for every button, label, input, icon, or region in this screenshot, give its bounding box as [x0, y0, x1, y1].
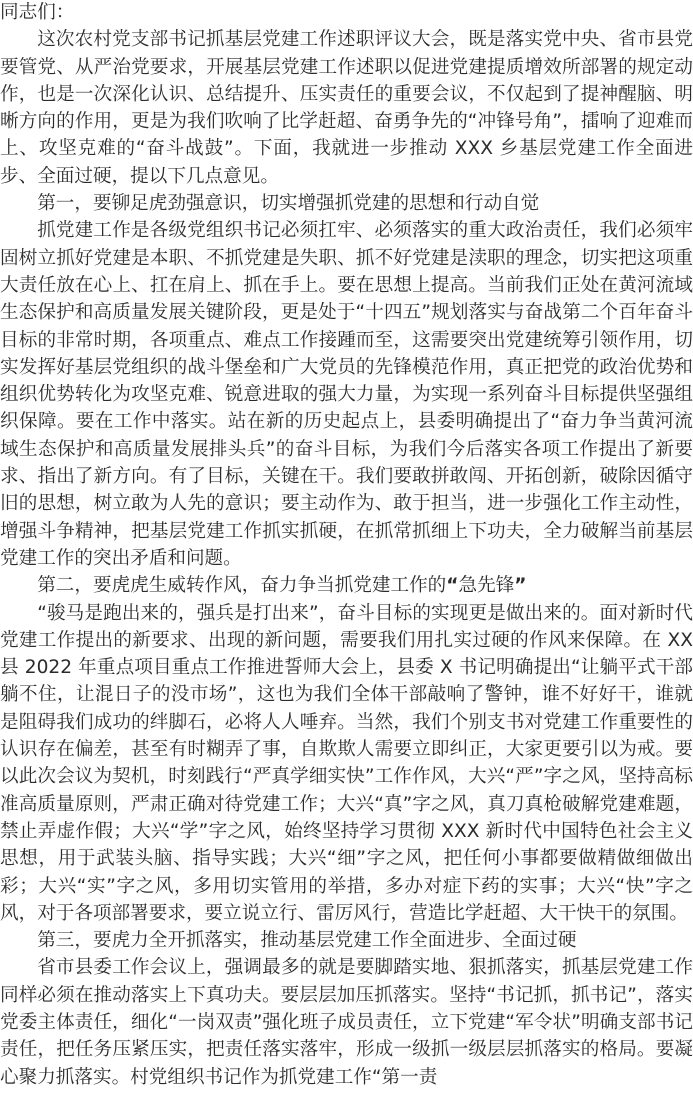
section-1-paragraph: 抓党建工作是各级党组织书记必须扛牢、必须落实的重大政治责任，我们必须牢固树立抓好…: [0, 217, 693, 572]
open-quote-mark: “: [446, 575, 458, 596]
section-heading-3: 第三，要虎力全开抓落实，推动基层党建工作全面进步、全面过硬: [0, 927, 693, 954]
section-3-paragraph: 省市县委工作会议上，强调最多的就是要脚踏实地、狠抓落实，抓基层党建工作同样必须在…: [0, 954, 693, 1090]
section-heading-1: 第一，要铆足虎劲强意识，切实增强抓党建的思想和行动自觉: [0, 190, 693, 217]
close-quote-mark: ”: [514, 575, 526, 596]
salutation: 同志们：: [0, 0, 693, 26]
section-2-paragraph: “骏马是跑出来的，强兵是打出来”，奋斗目标的实现更是做出来的。面对新时代党建工作…: [0, 600, 693, 928]
quoted-term: 急先锋: [459, 575, 515, 596]
intro-paragraph: 这次农村党支部书记抓基层党建工作述职评议大会，既是落实党中央、省市县党要管党、从…: [0, 26, 693, 190]
section-heading-2-text: 第二，要虎虎生威转作风，奋力争当抓党建工作的: [37, 575, 446, 596]
section-heading-2: 第二，要虎虎生威转作风，奋力争当抓党建工作的“急先锋”: [0, 572, 693, 599]
speech-document: 同志们： 这次农村党支部书记抓基层党建工作述职评议大会，既是落实党中央、省市县党…: [0, 0, 693, 1091]
